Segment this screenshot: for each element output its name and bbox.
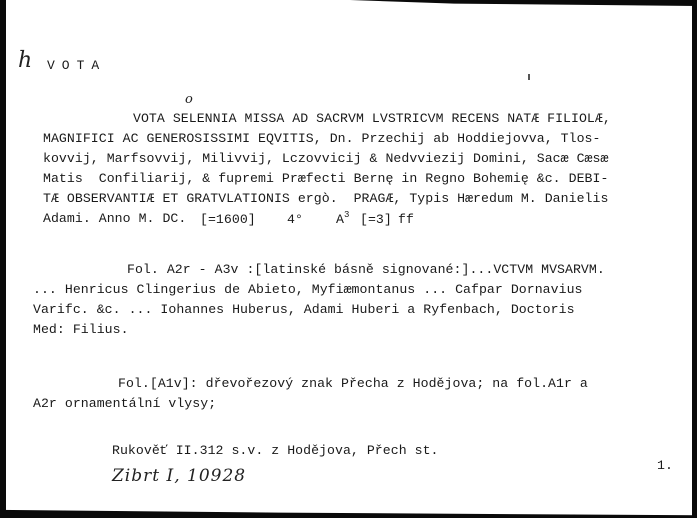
title-line: Adami. Anno M. DC. — [43, 211, 186, 227]
contents-line: Varifc. &c. ... Iohannes Huberus, Adami … — [33, 302, 575, 318]
note-line: A2r ornamentální vlysy; — [33, 396, 216, 412]
year-bracket: [=1600] — [200, 212, 256, 228]
title-line: Matis Confiliarij, & fupremi Præfecti Be… — [43, 171, 608, 187]
card-heading: VOTA — [47, 58, 106, 74]
handwritten-reference: Zibrt I, 10928 — [112, 466, 246, 486]
scan-border-right — [692, 0, 697, 518]
format: 4° — [287, 212, 303, 228]
leaves-bracket: [=3] — [360, 212, 392, 228]
correction-mark: o — [185, 92, 193, 107]
title-line: TÆ OBSERVANTIÆ ET GRATVLATIONIS ergò. PR… — [43, 191, 608, 207]
scan-border-bottom — [0, 509, 697, 518]
title-line: VOTA SELENNIA MISSA AD SACRVM LVSTRICVM … — [133, 111, 611, 127]
card-number: 1. — [657, 458, 673, 474]
scan-border-left — [0, 0, 6, 518]
scan-speck — [528, 74, 530, 80]
contents-line: Fol. A2r - A3v :[latinské básně signovan… — [127, 262, 605, 278]
leaves-abbr: ff — [398, 212, 414, 228]
title-line: MAGNIFICI AC GENEROSISSIMI EQVITIS, Dn. … — [43, 131, 600, 147]
reference-line: Rukověť II.312 s.v. z Hodějova, Přech st… — [112, 443, 439, 459]
scan-border-top — [350, 0, 697, 6]
contents-line: ... Henricus Clingerius de Abieto, Myfiæ… — [33, 282, 583, 298]
note-line: Fol.[A1v]: dřevořezový znak Přecha z Hod… — [118, 376, 588, 392]
title-line: kovvij, Marfsovvij, Milivvij, Lczovvicij… — [43, 151, 608, 167]
contents-line: Med: Filius. — [33, 322, 129, 338]
signature: A3 — [336, 212, 349, 228]
handwritten-mark: h — [18, 48, 32, 73]
